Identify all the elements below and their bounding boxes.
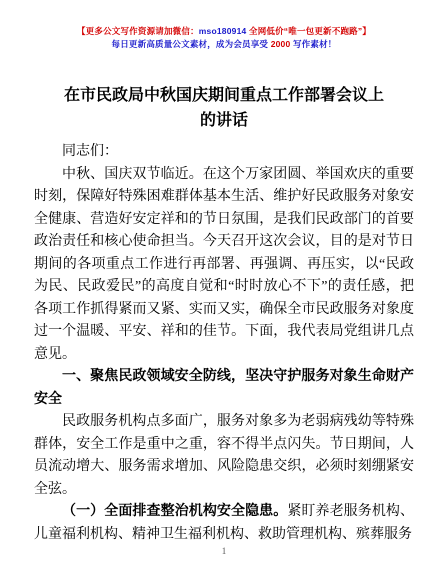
- promo-line2-prefix: 每日更新高质量公文素材，成为会员享受: [112, 39, 271, 49]
- section-1-paragraph: 民政服务机构点多面广，服务对象多为老弱病残幼等特殊群体，安全工作是重中之重，容不…: [34, 411, 414, 501]
- document-page: 【更多公文写作资源请加微信：mso180914 全网低价“唯一包更新不跑路”】 …: [0, 0, 448, 580]
- subpoint-1-paragraph: （一）全面排查整治机构安全隐患。紧盯养老服务机构、儿童福利机构、精神卫生福利机构…: [34, 501, 414, 546]
- promo-line-1: 【更多公文写作资源请加微信：mso180914 全网低价“唯一包更新不跑路”】: [0, 25, 448, 38]
- subpoint-1-lead: （一）全面排查整治机构安全隐患。: [62, 504, 287, 519]
- wechat-account: mso180914: [199, 26, 247, 36]
- intro-paragraph: 中秋、国庆双节临近。在这个万家团圆、举国欢庆的重要时刻，保障好特殊困难群体基本生…: [34, 164, 414, 367]
- material-count: 2000: [271, 39, 291, 49]
- document-title: 在市民政局中秋国庆期间重点工作部署会议上的讲话: [59, 83, 389, 133]
- promo-header: 【更多公文写作资源请加微信：mso180914 全网低价“唯一包更新不跑路”】 …: [0, 0, 448, 51]
- salutation: 同志们：: [34, 141, 414, 164]
- page-number: 1: [0, 546, 448, 556]
- promo-line-2: 每日更新高质量公文素材，成为会员享受 2000 写作素材！: [0, 38, 448, 51]
- section-1-heading: 一、聚焦民政领域安全防线，坚决守护服务对象生命财产安全: [34, 366, 414, 411]
- promo-line1-prefix: 【更多公文写作资源请加微信：: [77, 26, 199, 36]
- promo-line1-suffix: 全网低价“唯一包更新不跑路”】: [246, 26, 371, 36]
- promo-line2-suffix: 写作素材！: [290, 39, 336, 49]
- document-body: 同志们： 中秋、国庆双节临近。在这个万家团圆、举国欢庆的重要时刻，保障好特殊困难…: [34, 141, 414, 546]
